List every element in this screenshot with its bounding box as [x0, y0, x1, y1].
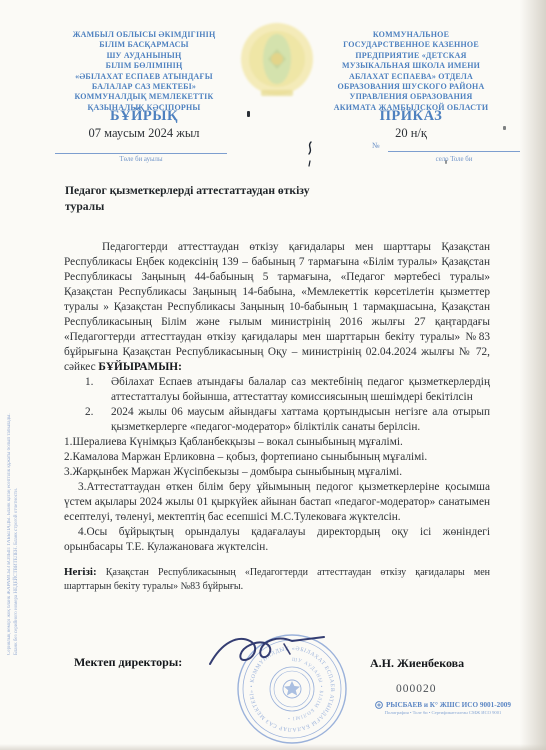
director-signature — [206, 632, 332, 674]
org-name-russian: КОММУНАЛЬНОЕ ГОСУДАРСТВЕННОЕ КАЗЕННОЕ ПР… — [296, 30, 526, 113]
place-label-kk: Төле би ауылы — [55, 156, 227, 163]
org-name-kazakh: ЖАМБЫЛ ОБЛЫСЫ ӘКІМДІГІНІҢ БІЛІМ БАСҚАРМА… — [44, 30, 244, 113]
scan-speck — [247, 111, 250, 117]
number-field-label: № — [372, 141, 522, 150]
item-number: 1. — [64, 375, 111, 405]
org-line: БАЛАЛАР САЗ МЕКТЕБІ» — [44, 82, 244, 92]
order-number: 20 н/қ — [296, 126, 526, 141]
org-line: ШУ АУДАНЫНЫҢ — [44, 51, 244, 61]
scan-edge-shadow — [0, 744, 546, 750]
teacher-line: 1.Шералиева Күнімқыз Қабланбекқызы – вок… — [64, 435, 490, 450]
microtext-line: Бланк без серийного номера НЕДЕЙСТВИТЕЛЕ… — [14, 225, 21, 655]
item-text: Әбілахат Еспаев атындағы балалар саз мек… — [111, 375, 490, 405]
org-line: КОММУНАЛДЫҚ МЕМЛЕКЕТТІК — [44, 92, 244, 102]
org-line: ЖАМБЫЛ ОБЛЫСЫ ӘКІМДІГІНІҢ — [44, 30, 244, 40]
document-page: ЖАМБЫЛ ОБЛЫСЫ ӘКІМДІГІНІҢ БІЛІМ БАСҚАРМА… — [0, 0, 546, 750]
org-line: БІЛІМ БӨЛІМІНІҢ — [44, 61, 244, 71]
printer-footer: РЫСБАЕВ и К° ЖШС ИСО 9001-2009 Полиграфи… — [360, 701, 526, 715]
paragraph-4: 4.Осы бұйрықтың орындалуы қадағалауы дир… — [64, 525, 490, 555]
printer-details: Полиграфия • Толе би • Сертификатталған … — [360, 710, 526, 715]
ordered-item-2: 2. 2024 жылы 06 маусым айындағы хаттама … — [64, 405, 490, 435]
resolve-word: БҰЙЫРАМЫН: — [98, 361, 181, 373]
basis-line: Негізі: Қазақстан Республикасының «Педаг… — [64, 566, 490, 593]
place-label-ru: село Толе би — [388, 156, 520, 163]
org-line: МУЗЫКАЛЬНАЯ ШКОЛА ИМЕНИ — [296, 61, 526, 71]
legal-basis-text: Педагогтерди аттесттаудан өткізу қағидал… — [64, 241, 490, 373]
subject-line: Педагог қызметкерлерді аттестаттаудан өт… — [65, 183, 320, 215]
order-title-kk: БҰЙРЫҚ — [44, 108, 244, 125]
number-field-rule — [388, 151, 520, 152]
paragraph-legal-basis: Педагогтерди аттесттаудан өткізу қағидал… — [64, 240, 490, 375]
order-title-ru: ПРИКАЗ — [296, 108, 526, 125]
director-label: Мектеп директоры: — [74, 655, 182, 670]
org-line: ПРЕДПРИЯТИЕ «ДЕТСКАЯ — [296, 51, 526, 61]
scan-speck — [445, 160, 447, 164]
scan-speck — [503, 126, 506, 130]
ordered-item-1: 1. Әбілахат Еспаев атындағы балалар саз … — [64, 375, 490, 405]
basis-text: Қазақстан Республикасының «Педагогтерди … — [64, 567, 490, 592]
org-line: БІЛІМ БАСҚАРМАСЫ — [44, 40, 244, 50]
director-name: А.Н. Жиенбекова — [370, 656, 464, 671]
handwritten-mark — [305, 141, 315, 167]
teacher-line: 3.Жарқынбек Маржан Жүсіпбекызы – домбыра… — [64, 465, 490, 480]
printer-name-row: РЫСБАЕВ и К° ЖШС ИСО 9001-2009 — [360, 701, 526, 709]
org-line: АБЛАХАТ ЕСПАЕВА» ОТДЕЛА — [296, 72, 526, 82]
org-line: ОБРАЗОВАНИЯ ШУСКОГО РАЙОНА — [296, 82, 526, 92]
org-line: «ӘБІЛАХАТ ЕСПАЕВ АТЫНДАҒЫ — [44, 72, 244, 82]
printer-logo-icon — [375, 701, 383, 709]
org-line: УПРАВЛЕНИЯ ОБРАЗОВАНИЯ — [296, 92, 526, 102]
security-microtext: Сериялық нөмірі жоқ бланк ЖАРАМСЫЗ БОЛЫП… — [7, 225, 20, 655]
item-text: 2024 жылы 06 маусым айындағы хаттама қор… — [111, 405, 490, 435]
basis-label: Негізі: — [64, 566, 97, 578]
seal-center-emblem — [283, 680, 301, 698]
org-line: ГОСУДАРСТВЕННОЕ КАЗЕННОЕ — [296, 40, 526, 50]
teacher-line: 2.Камалова Маржан Ерликовна – қобыз, фор… — [64, 450, 490, 465]
org-line: КОММУНАЛЬНОЕ — [296, 30, 526, 40]
place-rule-left — [55, 153, 227, 154]
form-number: 000020 — [396, 683, 437, 695]
printer-name: РЫСБАЕВ и К° ЖШС ИСО 9001-2009 — [386, 701, 511, 709]
item-number: 2. — [64, 405, 111, 435]
paragraph-3: 3.Аттестаттаудан өткен білім беру ұйымын… — [64, 480, 490, 525]
order-body: Педагогтерди аттесттаудан өткізу қағидал… — [64, 240, 490, 593]
order-date: 07 маусым 2024 жыл — [44, 126, 244, 141]
